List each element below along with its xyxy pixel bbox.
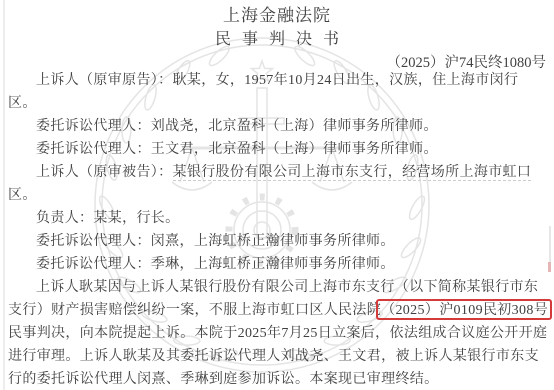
text-segment: 上诉人（原审原告）：耿某，女，1957年10月24日出生，汉族，住上海市闵行 xyxy=(36,73,518,88)
body-line: 上诉人耿某因与上诉人某银行股份有限公司上海市东支行（以下简称某银行市东 xyxy=(8,276,546,299)
text-segment: 支行）财产损害赔偿纠纷一案，不服上海市虹口区人民法院 xyxy=(8,303,381,318)
text-segment: 委托诉讼代理人：王文君，北京盈科（上海）律师事务所律师。 xyxy=(36,142,438,157)
text-segment: 上诉人耿某因与上诉人某银行股份有限公司上海市东支行（以下简称某银行市东 xyxy=(36,280,538,295)
body-line: 委托诉讼代理人：刘战尧，北京盈科（上海）律师事务所律师。 xyxy=(8,115,546,138)
body-line: 支行）财产损害赔偿纠纷一案，不服上海市虹口区人民法院（2025）沪0109民初3… xyxy=(8,299,546,322)
document-content: 上海金融法院 民事判决书 （2025）沪74民终1080号 上诉人（原审原告）：… xyxy=(0,4,554,390)
right-edge-artifact xyxy=(549,226,551,264)
body-line: 委托诉讼代理人：闵熹，上海虹桥正瀚律师事务所律师。 xyxy=(8,230,546,253)
body-line: 区。 xyxy=(8,92,546,115)
body-line: 委托诉讼代理人：王文君，北京盈科（上海）律师事务所律师。 xyxy=(8,138,546,161)
document-body: 上诉人（原审原告）：耿某，女，1957年10月24日出生，汉族，住上海市闵行区。… xyxy=(8,69,546,390)
text-segment: 行的委托诉讼代理人闵熹、季琳到庭参加诉讼。本案现已审理终结。 xyxy=(8,372,439,387)
text-segment: 委托诉讼代理人：季琳，上海虹桥正瀚律师事务所律师。 xyxy=(36,257,395,272)
judgment-page: 上海金融法院 民事判决书 （2025）沪74民终1080号 上诉人（原审原告）：… xyxy=(0,0,554,390)
text-segment: 进行审理。上诉人耿某及其委托诉讼代理人刘战尧、王文君，被上诉人某银行市东支 xyxy=(8,349,539,364)
court-name: 上海金融法院 xyxy=(0,4,554,28)
page-edge-line xyxy=(3,0,5,390)
text-segment: 区。 xyxy=(8,188,37,203)
right-edge-red-artifact xyxy=(548,262,551,272)
body-line: 进行审理。上诉人耿某及其委托诉讼代理人刘战尧、王文君，被上诉人某银行市东支 xyxy=(8,345,546,368)
body-line: 负责人：某某，行长。 xyxy=(8,207,546,230)
body-line: 区。 xyxy=(8,184,546,207)
underlined-entity: 某银行股份有限公司上海市东支行，经营场所上海市虹口 xyxy=(173,165,532,181)
document-title: 民事判决书 xyxy=(0,28,554,52)
text-segment: 民事判决，向本院提起上诉。本院于2025年7月25日立案后，依法组成合议庭公开开… xyxy=(8,326,547,341)
body-line: 上诉人（原审原告）：耿某，女，1957年10月24日出生，汉族，住上海市闵行 xyxy=(8,69,546,92)
body-line: 委托诉讼代理人：季琳，上海虹桥正瀚律师事务所律师。 xyxy=(8,253,546,276)
text-segment: 上诉人（原审被告）： xyxy=(36,165,173,180)
body-line: 民事判决，向本院提起上诉。本院于2025年7月25日立案后，依法组成合议庭公开开… xyxy=(8,322,546,345)
body-line: 上诉人（原审被告）：某银行股份有限公司上海市东支行，经营场所上海市虹口 xyxy=(8,161,546,184)
text-segment: 委托诉讼代理人：闵熹，上海虹桥正瀚律师事务所律师。 xyxy=(36,234,395,249)
highlighted-case-number: （2025）沪0109民初308号 xyxy=(381,303,548,318)
text-segment: 委托诉讼代理人：刘战尧，北京盈科（上海）律师事务所律师。 xyxy=(36,119,438,134)
text-segment: 负责人：某某，行长。 xyxy=(36,211,180,226)
body-line: 行的委托诉讼代理人闵熹、季琳到庭参加诉讼。本案现已审理终结。 xyxy=(8,368,546,390)
text-segment: 区。 xyxy=(8,96,37,111)
